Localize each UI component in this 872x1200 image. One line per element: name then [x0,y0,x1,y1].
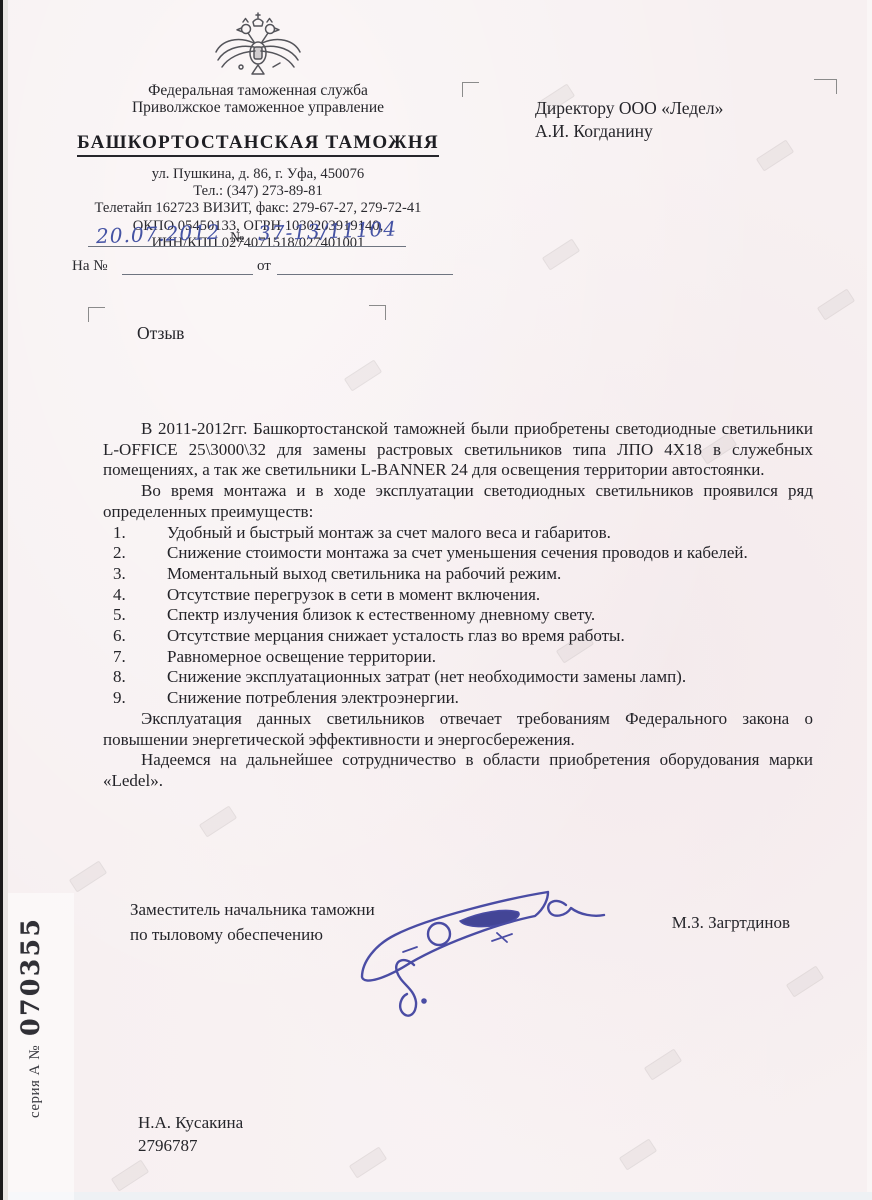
list-item-text: Равномерное освещение территории. [167,647,813,668]
number-underline [248,246,406,247]
scan-artifact [349,1146,387,1178]
signatory-name: М.З. Загртдинов [672,913,790,933]
paragraph-intro: В 2011-2012гг. Башкортостанской таможней… [103,419,813,481]
corner-mark [814,79,837,94]
executor-name: Н.А. Кусакина [138,1112,243,1135]
letterhead-address: ул. Пушкина, д. 86, г. Уфа, 450076 [48,166,468,183]
handwritten-date: 20.07.2012 [96,220,221,248]
scan-artifact [111,1159,149,1191]
list-item-number: 3. [103,564,167,585]
list-item: 4. Отсутствие перегрузок в сети в момент… [103,585,813,606]
scan-artifact [542,238,580,270]
serial-prefix: серия А № [27,1045,43,1118]
list-item-number: 4. [103,585,167,606]
scan-edge-right [867,0,872,1200]
paragraph-closing: Надеемся на дальнейшее сотрудничество в … [103,750,813,791]
list-item: 9. Снижение потребления электроэнергии. [103,688,813,709]
letterhead-department-line: Приволжское таможенное управление [48,99,468,116]
list-item: 5. Спектр излучения близок к естественно… [103,605,813,626]
scan-edge-bottom [0,1192,872,1200]
handwritten-outgoing-number: 37-13/11104 [258,217,398,246]
ref-number-label: На № [72,258,108,275]
scan-artifact [619,1138,657,1170]
ref-from-underline [277,274,453,275]
number-label: № [230,230,244,247]
ref-number-underline [122,274,253,275]
paragraph-advantages-intro: Во время монтажа и в ходе эксплуатации с… [103,481,813,522]
scan-artifact [199,805,237,837]
list-item-text: Отсутствие перегрузок в сети в момент вк… [167,585,813,606]
scan-artifact [786,965,824,997]
letterhead: Федеральная таможенная служба Приволжско… [48,12,468,252]
office-title-text: БАШКОРТОСТАНСКАЯ ТАМОЖНЯ [77,132,439,157]
list-item-number: 1. [103,523,167,544]
scanned-letter-page: Федеральная таможенная служба Приволжско… [0,0,872,1200]
list-item-text: Спектр излучения близок к естественному … [167,605,813,626]
corner-mark [369,305,386,320]
list-item-text: Снижение потребления электроэнергии. [167,688,813,709]
serial-number-stamp: серия А №070355 [16,917,45,1118]
signatory-title-line2: по тыловому обеспечению [130,922,375,947]
list-item-text: Снижение стоимости монтажа за счет умень… [167,543,813,564]
letterhead-phone: Тел.: (347) 273-89-81 [48,183,468,200]
list-item-number: 5. [103,605,167,626]
list-item: 1. Удобный и быстрый монтаж за счет мало… [103,523,813,544]
paragraph-compliance: Эксплуатация данных светильников отвечае… [103,709,813,750]
list-item: 6. Отсутствие мерцания снижает усталость… [103,626,813,647]
date-underline [88,246,223,247]
letterhead-office-title: БАШКОРТОСТАНСКАЯ ТАМОЖНЯ [48,132,468,154]
scan-artifact [69,860,107,892]
corner-mark [88,307,105,322]
russia-coat-of-arms-icon [210,12,306,78]
addressee-name: А.И. Когданину [535,120,723,143]
list-item: 2. Снижение стоимости монтажа за счет ум… [103,543,813,564]
executor-block: Н.А. Кусакина 2796787 [138,1112,243,1157]
executor-phone: 2796787 [138,1135,243,1158]
scan-artifact [817,288,855,320]
letter-body: В 2011-2012гг. Башкортостанской таможней… [103,419,813,792]
list-item: 3. Моментальный выход светильника на раб… [103,564,813,585]
list-item-text: Удобный и быстрый монтаж за счет малого … [167,523,813,544]
list-item-number: 9. [103,688,167,709]
scan-artifact [756,139,794,171]
list-item-text: Снижение эксплуатационных затрат (нет не… [167,667,813,688]
list-item: 8. Снижение эксплуатационных затрат (нет… [103,667,813,688]
signatory-title-line1: Заместитель начальника таможни [130,897,375,922]
list-item-number: 2. [103,543,167,564]
scan-edge-left-dark [0,0,3,1200]
letterhead-service-line: Федеральная таможенная служба [48,82,468,99]
list-item-number: 8. [103,667,167,688]
letterhead-teletype: Телетайп 162723 ВИЗИТ, факс: 279-67-27, … [48,200,468,217]
list-item: 7. Равномерное освещение территории. [103,647,813,668]
list-item-text: Отсутствие мерцания снижает усталость гл… [167,626,813,647]
list-item-number: 6. [103,626,167,647]
addressee-position: Директору ООО «Ледел» [535,97,723,120]
scan-artifact [344,359,382,391]
subject-title: Отзыв [137,323,184,344]
scan-artifact [644,1048,682,1080]
signatory-title: Заместитель начальника таможни по тылово… [130,897,375,947]
list-item-number: 7. [103,647,167,668]
ref-from-label: от [257,258,271,275]
list-item-text: Моментальный выход светильника на рабочи… [167,564,813,585]
serial-number: 070355 [16,917,45,1036]
addressee-block: Директору ООО «Ледел» А.И. Когданину [535,97,723,143]
